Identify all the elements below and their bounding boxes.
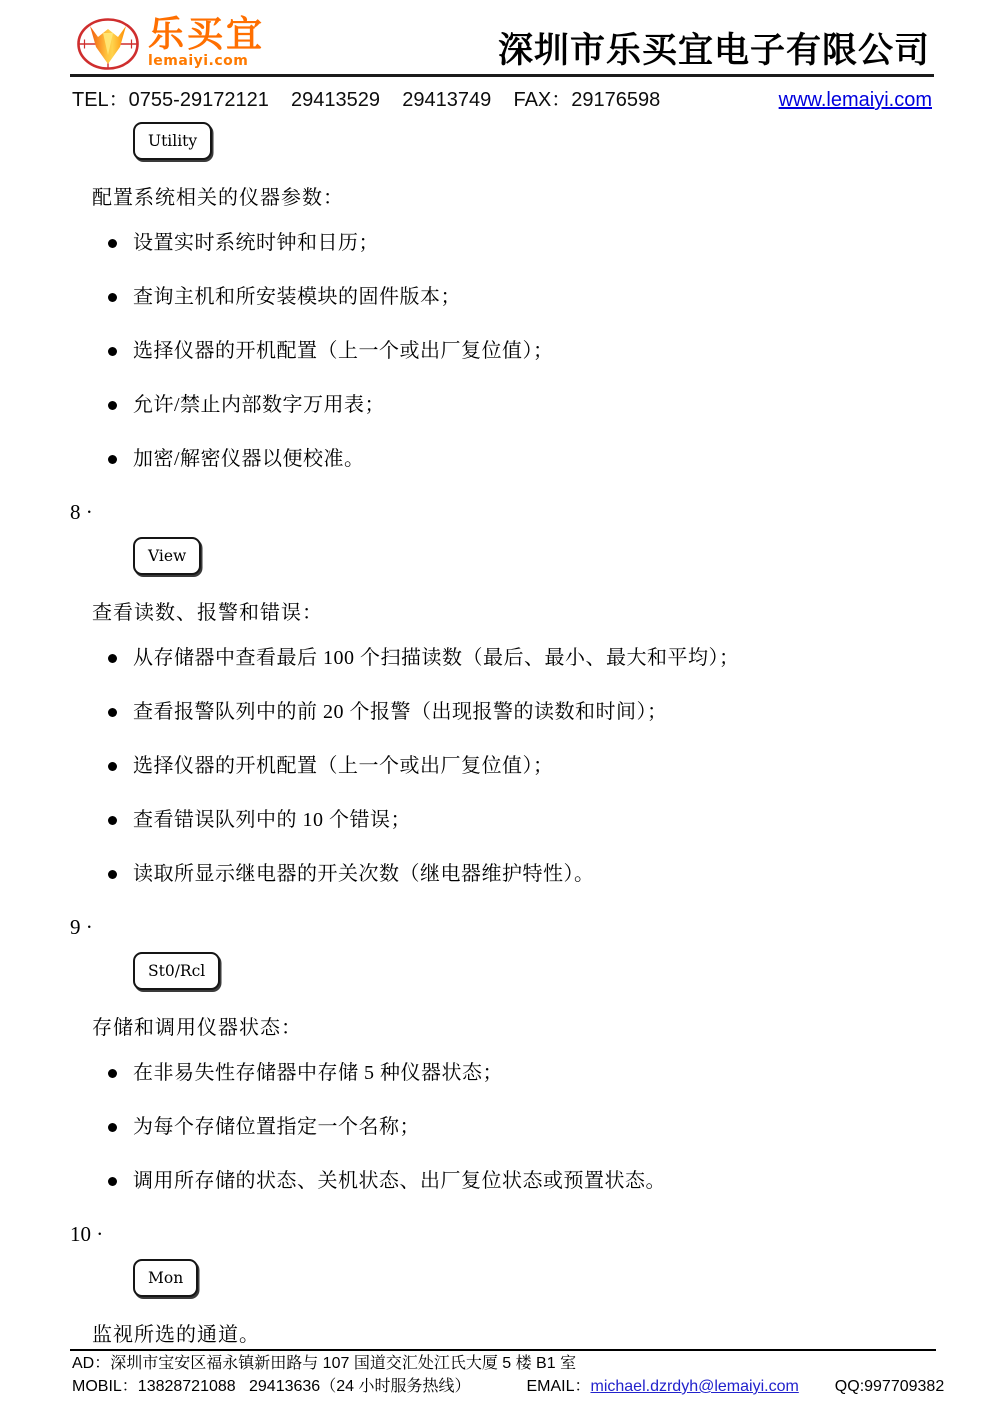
list-item: 查看报警队列中的前 20 个报警（出现报警的读数和时间）；: [108, 701, 1000, 723]
brand-logo: 乐买宜 lemaiyi.com: [76, 17, 265, 71]
section-8-number: 8 ·: [70, 500, 1000, 525]
section-utility-intro: 配置系统相关的仪器参数：: [92, 186, 1000, 210]
list-item: 查看错误队列中的 10 个错误；: [108, 809, 1000, 831]
header: 乐买宜 lemaiyi.com 深圳市乐买宜电子有限公司: [0, 0, 1000, 74]
monitor-button[interactable]: Mon: [133, 1259, 198, 1297]
bullet-icon: [108, 870, 117, 879]
bullet-text: 查询主机和所安装模块的固件版本；: [133, 286, 461, 308]
bullet-icon: [108, 1069, 117, 1078]
footer-email-label: EMAIL：: [526, 1377, 590, 1397]
footer: AD：深圳市宝安区福永镇新田路与 107 国道交汇处江氏大厦 5 楼 B1 室 …: [0, 1349, 1000, 1397]
utility-bullet-list: 设置实时系统时钟和日历； 查询主机和所安装模块的固件版本； 选择仪器的开机配置（…: [108, 232, 1000, 470]
list-item: 选择仪器的开机配置（上一个或出厂复位值）；: [108, 755, 1000, 777]
bullet-icon: [108, 239, 117, 248]
document-page: 乐买宜 lemaiyi.com 深圳市乐买宜电子有限公司 TEL：0755-29…: [0, 0, 1000, 1415]
bullet-icon: [108, 347, 117, 356]
section-monitor-intro: 监视所选的通道。: [92, 1323, 1000, 1347]
list-item: 从存储器中查看最后 100 个扫描读数（最后、最小、最大和平均）；: [108, 647, 1000, 669]
bullet-text: 读取所显示继电器的开关次数（继电器维护特性）。: [133, 863, 595, 885]
bullet-icon: [108, 708, 117, 717]
bullet-text: 查看报警队列中的前 20 个报警（出现报警的读数和时间）；: [133, 701, 668, 723]
bullet-icon: [108, 1123, 117, 1132]
bullet-text: 查看错误队列中的 10 个错误；: [133, 809, 411, 831]
bullet-icon: [108, 293, 117, 302]
list-item: 查询主机和所安装模块的固件版本；: [108, 286, 1000, 308]
bullet-text: 选择仪器的开机配置（上一个或出厂复位值）；: [133, 340, 554, 362]
brand-domain: lemaiyi.com: [148, 54, 265, 68]
bullet-text: 选择仪器的开机配置（上一个或出厂复位值）；: [133, 755, 554, 777]
bullet-text: 允许/禁止内部数字万用表；: [133, 394, 385, 416]
bullet-text: 加密/解密仪器以便校准。: [133, 448, 365, 470]
list-item: 设置实时系统时钟和日历；: [108, 232, 1000, 254]
section-10-number: 10 ·: [70, 1222, 1000, 1247]
list-item: 加密/解密仪器以便校准。: [108, 448, 1000, 470]
section-view-intro: 查看读数、报警和错误：: [92, 601, 1000, 625]
list-item: 允许/禁止内部数字万用表；: [108, 394, 1000, 416]
bullet-icon: [108, 654, 117, 663]
view-button[interactable]: View: [133, 537, 201, 575]
bullet-icon: [108, 401, 117, 410]
bullet-text: 调用所存储的状态、关机状态、出厂复位状态或预置状态。: [133, 1170, 666, 1192]
footer-divider: [70, 1349, 936, 1351]
list-item: 在非易失性存储器中存储 5 种仪器状态；: [108, 1062, 1000, 1084]
footer-qq: QQ:997709382: [835, 1377, 944, 1397]
list-item: 选择仪器的开机配置（上一个或出厂复位值）；: [108, 340, 1000, 362]
list-item: 调用所存储的状态、关机状态、出厂复位状态或预置状态。: [108, 1170, 1000, 1192]
bullet-icon: [108, 455, 117, 464]
bullet-text: 设置实时系统时钟和日历；: [133, 232, 379, 254]
store-bullet-list: 在非易失性存储器中存储 5 种仪器状态； 为每个存储位置指定一个名称； 调用所存…: [108, 1062, 1000, 1192]
bullet-icon: [108, 816, 117, 825]
view-bullet-list: 从存储器中查看最后 100 个扫描读数（最后、最小、最大和平均）； 查看报警队列…: [108, 647, 1000, 885]
contact-row: TEL：0755-29172121 29413529 29413749 FAX：…: [0, 77, 1000, 112]
list-item: 为每个存储位置指定一个名称；: [108, 1116, 1000, 1138]
bullet-icon: [108, 762, 117, 771]
list-item: 读取所显示继电器的开关次数（继电器维护特性）。: [108, 863, 1000, 885]
company-name: 深圳市乐买宜电子有限公司: [498, 23, 930, 73]
section-9-number: 9 ·: [70, 915, 1000, 940]
section-store-intro: 存储和调用仪器状态：: [92, 1016, 1000, 1040]
bullet-text: 从存储器中查看最后 100 个扫描读数（最后、最小、最大和平均）；: [133, 647, 740, 669]
email-link[interactable]: michael.dzrdyh@lemaiyi.com: [590, 1377, 798, 1397]
brand-name: 乐买宜: [148, 17, 265, 53]
store-recall-button[interactable]: St0/Rcl: [133, 952, 220, 990]
bullet-text: 在非易失性存储器中存储 5 种仪器状态；: [133, 1062, 503, 1084]
bullet-icon: [108, 1177, 117, 1186]
lemaiyi-logo-icon: [76, 17, 140, 71]
website-link[interactable]: www.lemaiyi.com: [779, 89, 932, 112]
bullet-text: 为每个存储位置指定一个名称；: [133, 1116, 420, 1138]
contact-phones: TEL：0755-29172121 29413529 29413749 FAX：…: [72, 83, 660, 112]
footer-mobile: MOBIL：13828721088 29413636（24 小时服务热线）: [72, 1377, 470, 1397]
utility-button[interactable]: Utility: [133, 122, 212, 160]
footer-address: AD：深圳市宝安区福永镇新田路与 107 国道交汇处江氏大厦 5 楼 B1 室: [72, 1354, 576, 1374]
